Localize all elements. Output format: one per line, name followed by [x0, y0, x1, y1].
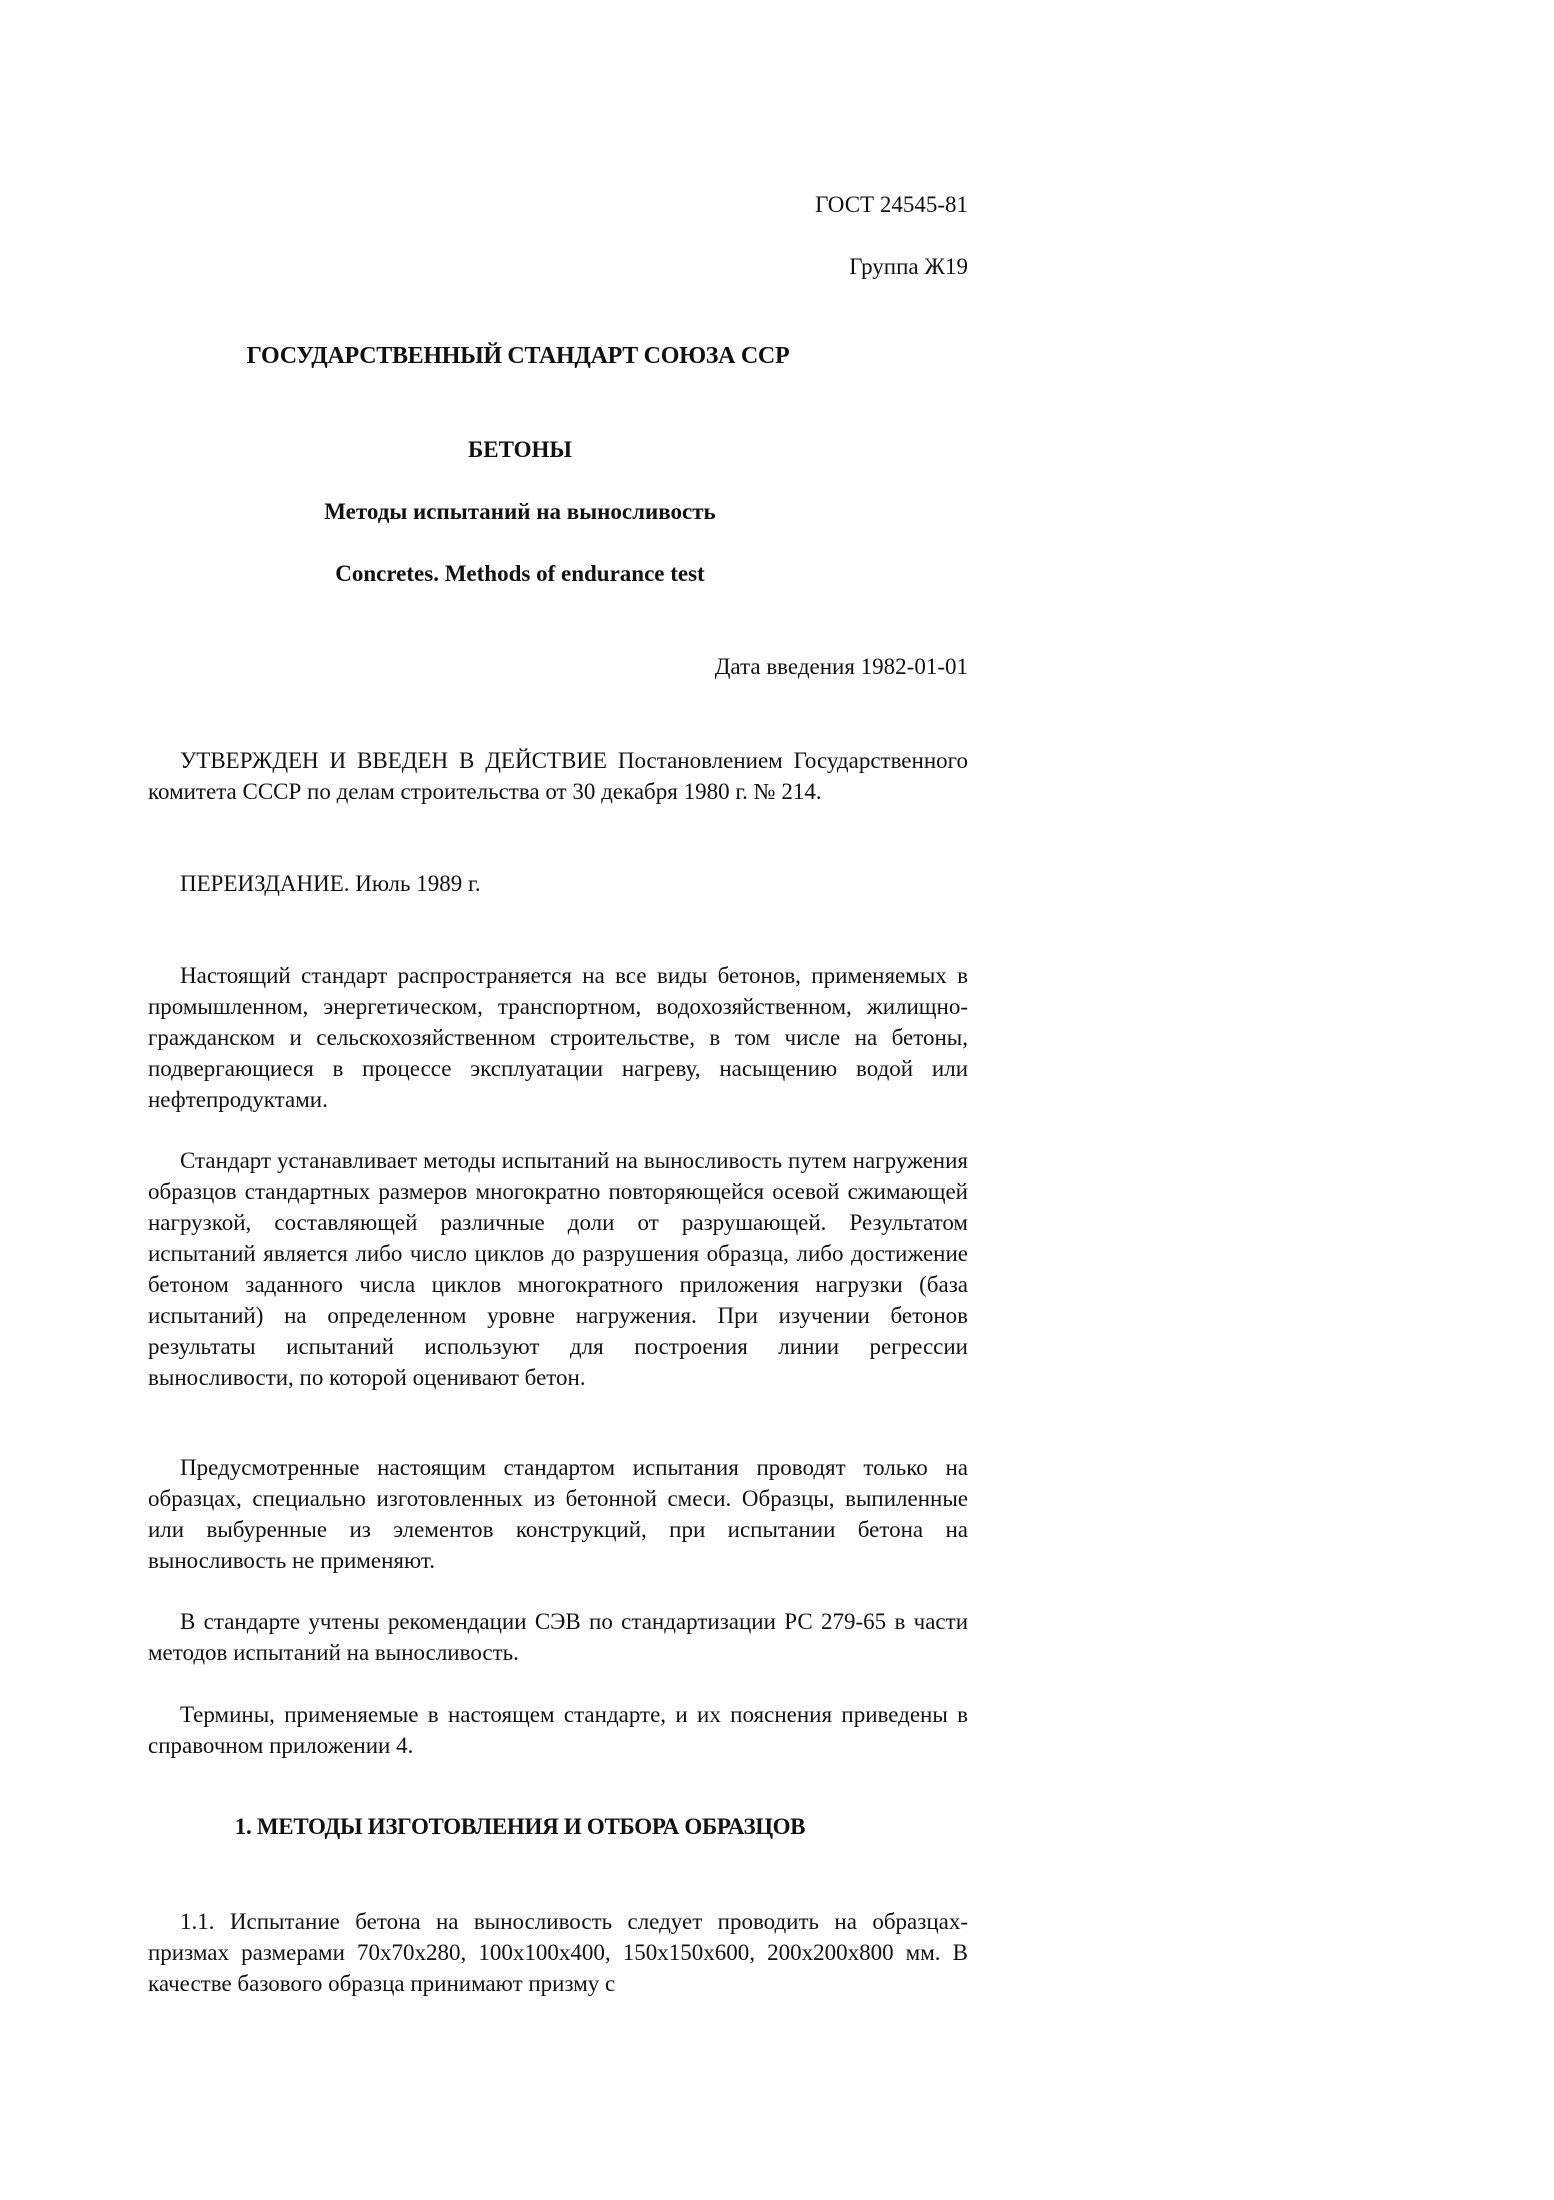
- reissue-note: ПЕРЕИЗДАНИЕ. Июль 1989 г.: [148, 868, 968, 899]
- method-paragraph: Стандарт устанавливает методы испытаний …: [148, 1145, 968, 1393]
- section-1-heading: 1. МЕТОДЫ ИЗГОТОВЛЕНИЯ И ОТБОРА ОБРАЗЦОВ: [110, 1814, 930, 1840]
- terms-paragraph: Термины, применяемые в настоящем стандар…: [148, 1699, 968, 1761]
- subtitle-en: Concretes. Methods of endurance test: [110, 561, 930, 587]
- scope-paragraph: Настоящий стандарт распространяется на в…: [148, 960, 968, 1115]
- approval-paragraph: УТВЕРЖДЕН И ВВЕДЕН В ДЕЙСТВИЕ Постановле…: [148, 745, 968, 807]
- subtitle-ru: Методы испытаний на выносливость: [110, 499, 930, 525]
- doc-group: Группа Ж19: [148, 252, 968, 282]
- effective-date: Дата введения 1982-01-01: [148, 652, 968, 682]
- sev-paragraph: В стандарте учтены рекомендации СЭВ по с…: [148, 1606, 968, 1668]
- standard-title: ГОСУДАРСТВЕННЫЙ СТАНДАРТ СОЮЗА ССР: [108, 343, 928, 370]
- doc-number: ГОСТ 24545-81: [148, 190, 968, 220]
- subject-title: БЕТОНЫ: [110, 437, 930, 463]
- samples-paragraph: Предусмотренные настоящим стандартом исп…: [148, 1452, 968, 1576]
- clause-1-1: 1.1. Испытание бетона на выносливость сл…: [148, 1906, 968, 1999]
